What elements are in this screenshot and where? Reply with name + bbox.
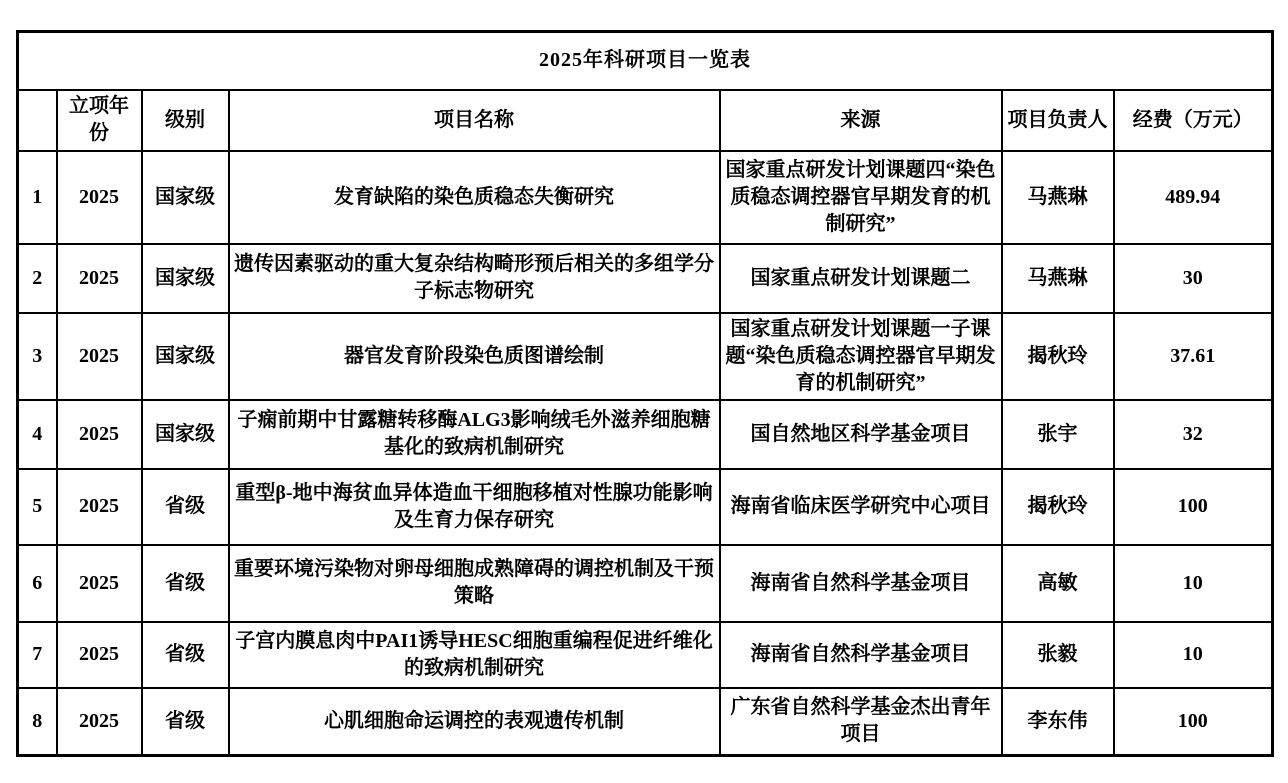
project-name-cell: 心肌细胞命运调控的表观遗传机制: [229, 688, 720, 756]
level-cell: 省级: [142, 545, 229, 622]
header-funding: 经费（万元）: [1114, 90, 1273, 151]
funding-cell: 489.94: [1114, 151, 1273, 244]
row-number-cell: 1: [18, 151, 57, 244]
leader-cell: 张毅: [1002, 622, 1114, 688]
funding-cell: 10: [1114, 545, 1273, 622]
row-number-cell: 5: [18, 469, 57, 545]
table-row: 8 2025 省级 心肌细胞命运调控的表观遗传机制 广东省自然科学基金杰出青年项…: [18, 688, 1273, 756]
header-index: [18, 90, 57, 151]
leader-cell: 张宇: [1002, 400, 1114, 469]
year-cell: 2025: [57, 151, 142, 244]
funding-cell: 100: [1114, 469, 1273, 545]
year-cell: 2025: [57, 469, 142, 545]
funding-cell: 10: [1114, 622, 1273, 688]
table-row: 3 2025 国家级 器官发育阶段染色质图谱绘制 国家重点研发计划课题一子课题“…: [18, 313, 1273, 400]
level-cell: 国家级: [142, 313, 229, 400]
source-cell: 海南省临床医学研究中心项目: [720, 469, 1002, 545]
source-cell: 国家重点研发计划课题二: [720, 244, 1002, 313]
source-cell: 海南省自然科学基金项目: [720, 622, 1002, 688]
leader-cell: 揭秋玲: [1002, 313, 1114, 400]
header-row: 立项年份 级别 项目名称 来源 项目负责人 经费（万元）: [18, 90, 1273, 151]
project-name-cell: 遗传因素驱动的重大复杂结构畸形预后相关的多组学分子标志物研究: [229, 244, 720, 313]
source-cell: 广东省自然科学基金杰出青年项目: [720, 688, 1002, 756]
project-name-cell: 发育缺陷的染色质稳态失衡研究: [229, 151, 720, 244]
level-cell: 国家级: [142, 151, 229, 244]
source-cell: 国家重点研发计划课题四“染色质稳态调控器官早期发育的机制研究”: [720, 151, 1002, 244]
leader-cell: 马燕琳: [1002, 244, 1114, 313]
year-cell: 2025: [57, 313, 142, 400]
project-name-cell: 子痫前期中甘露糖转移酶ALG3影响绒毛外滋养细胞糖基化的致病机制研究: [229, 400, 720, 469]
row-number-cell: 7: [18, 622, 57, 688]
header-source: 来源: [720, 90, 1002, 151]
header-year: 立项年份: [57, 90, 142, 151]
source-cell: 海南省自然科学基金项目: [720, 545, 1002, 622]
source-cell: 国自然地区科学基金项目: [720, 400, 1002, 469]
projects-table-container: 2025年科研项目一览表 立项年份 级别 项目名称 来源 项目负责人 经费（万元…: [16, 30, 1274, 757]
table-row: 5 2025 省级 重型β-地中海贫血异体造血干细胞移植对性腺功能影响及生育力保…: [18, 469, 1273, 545]
header-leader: 项目负责人: [1002, 90, 1114, 151]
row-number-cell: 2: [18, 244, 57, 313]
header-project-name: 项目名称: [229, 90, 720, 151]
row-number-cell: 8: [18, 688, 57, 756]
project-name-cell: 重型β-地中海贫血异体造血干细胞移植对性腺功能影响及生育力保存研究: [229, 469, 720, 545]
source-cell: 国家重点研发计划课题一子课题“染色质稳态调控器官早期发育的机制研究”: [720, 313, 1002, 400]
funding-cell: 30: [1114, 244, 1273, 313]
leader-cell: 高敏: [1002, 545, 1114, 622]
table-row: 2 2025 国家级 遗传因素驱动的重大复杂结构畸形预后相关的多组学分子标志物研…: [18, 244, 1273, 313]
level-cell: 省级: [142, 469, 229, 545]
table-row: 6 2025 省级 重要环境污染物对卵母细胞成熟障碍的调控机制及干预策略 海南省…: [18, 545, 1273, 622]
year-cell: 2025: [57, 400, 142, 469]
level-cell: 国家级: [142, 400, 229, 469]
table-row: 4 2025 国家级 子痫前期中甘露糖转移酶ALG3影响绒毛外滋养细胞糖基化的致…: [18, 400, 1273, 469]
year-cell: 2025: [57, 688, 142, 756]
table-row: 1 2025 国家级 发育缺陷的染色质稳态失衡研究 国家重点研发计划课题四“染色…: [18, 151, 1273, 244]
level-cell: 省级: [142, 688, 229, 756]
header-level: 级别: [142, 90, 229, 151]
year-cell: 2025: [57, 545, 142, 622]
year-cell: 2025: [57, 244, 142, 313]
project-name-cell: 器官发育阶段染色质图谱绘制: [229, 313, 720, 400]
level-cell: 国家级: [142, 244, 229, 313]
row-number-cell: 4: [18, 400, 57, 469]
funding-cell: 100: [1114, 688, 1273, 756]
row-number-cell: 6: [18, 545, 57, 622]
level-cell: 省级: [142, 622, 229, 688]
leader-cell: 李东伟: [1002, 688, 1114, 756]
project-name-cell: 子宫内膜息肉中PAI1诱导HESC细胞重编程促进纤维化的致病机制研究: [229, 622, 720, 688]
leader-cell: 马燕琳: [1002, 151, 1114, 244]
projects-table: 2025年科研项目一览表 立项年份 级别 项目名称 来源 项目负责人 经费（万元…: [16, 30, 1274, 757]
leader-cell: 揭秋玲: [1002, 469, 1114, 545]
row-number-cell: 3: [18, 313, 57, 400]
funding-cell: 37.61: [1114, 313, 1273, 400]
project-name-cell: 重要环境污染物对卵母细胞成熟障碍的调控机制及干预策略: [229, 545, 720, 622]
page-title: 2025年科研项目一览表: [18, 32, 1273, 90]
title-row: 2025年科研项目一览表: [18, 32, 1273, 90]
year-cell: 2025: [57, 622, 142, 688]
table-row: 7 2025 省级 子宫内膜息肉中PAI1诱导HESC细胞重编程促进纤维化的致病…: [18, 622, 1273, 688]
funding-cell: 32: [1114, 400, 1273, 469]
